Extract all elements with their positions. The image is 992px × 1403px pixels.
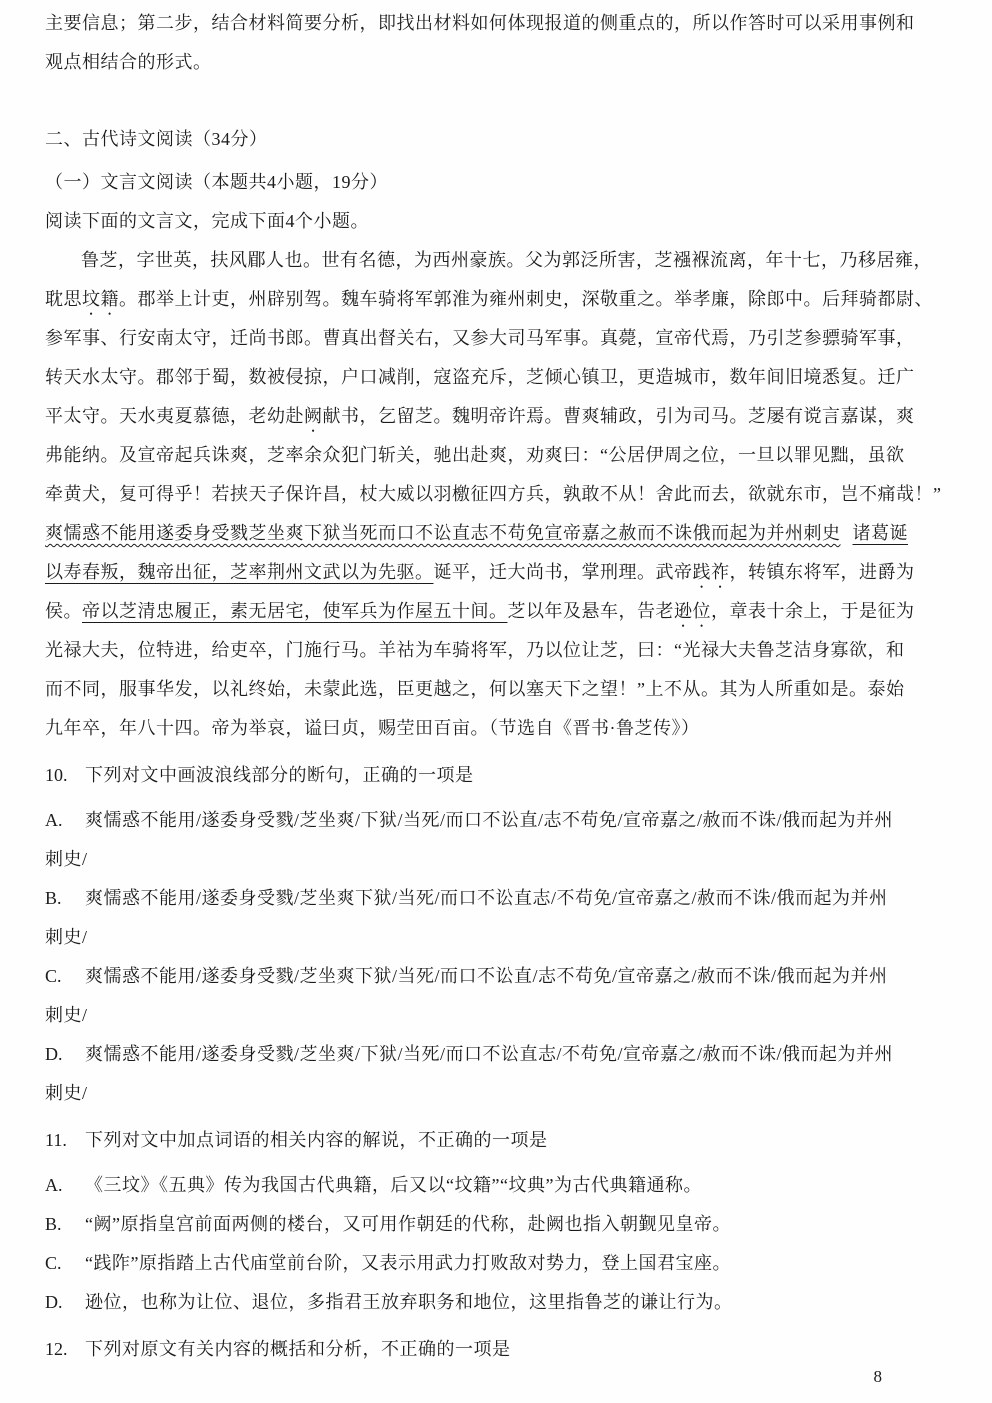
text-segment: 牵黄犬，复可得乎！若挟天子保许昌，杖大威以羽檄征四方兵，孰敢不从！舍此而去，欲就… <box>45 484 941 504</box>
item-label: D. <box>45 1283 85 1322</box>
text-segment: 鲁芝，字世英，扶风郿人也。世有名德，为西州豪族。父为郭泛所害，芝襁褓流离，年十七… <box>81 250 932 270</box>
text-line: 刺史/ <box>45 840 952 879</box>
text-segment: 践祚 <box>693 562 730 582</box>
text-line: 参军事、行安南太守，迁尚书郎。曹真出督关右，又参大司马军事。真薨，宣帝代焉，乃引… <box>45 319 952 358</box>
text-segment: 观点相结合的形式。 <box>45 52 212 72</box>
text-segment: 帝以芝清忠履正，素无居宅，使军兵为作屋五十间。 <box>82 601 508 621</box>
text-segment: 平太守。天水夷夏慕德，老幼赴 <box>45 406 304 426</box>
text-segment: （一）文言文阅读（本题共4小题，19分） <box>45 172 388 192</box>
document-page: 主要信息；第二步，结合材料简要分析，即找出材料如何体现报道的侧重点的，所以作答时… <box>0 0 992 1403</box>
text-line: 二、古代诗文阅读（34分） <box>45 120 952 159</box>
text-line: 观点相结合的形式。 <box>45 43 952 82</box>
text-segment: 而不同，服事华发，以礼终始，未蒙此选，臣更越之，何以塞天下之望！”上不从。其为人… <box>45 679 904 699</box>
text-segment: 下列对文中加点词语的相关内容的解说，不正确的一项是 <box>85 1130 548 1150</box>
item-label: 12. <box>45 1330 85 1369</box>
text-segment: 坟籍 <box>82 289 119 309</box>
text-segment: 芝以年及悬车，告老 <box>508 601 675 621</box>
text-line: 牵黄犬，复可得乎！若挟天子保许昌，杖大威以羽檄征四方兵，孰敢不从！舍此而去，欲就… <box>45 475 952 514</box>
item-label: B. <box>45 879 85 918</box>
text-segment: 诞平，迁大尚书，掌刑理。武帝 <box>434 562 693 582</box>
text-line: 阅读下面的文言文，完成下面4个小题。 <box>45 202 952 241</box>
text-line: B.“阙”原指皇宫前面两侧的楼台，又可用作朝廷的代称，赴阙也指入朝觐见皇帝。 <box>45 1205 952 1244</box>
text-segment: 阙 <box>304 406 323 426</box>
text-line: 转天水太守。郡邻于蜀，数被侵掠，户口减削，寇盗充斥，芝倾心镇卫，更造城市，数年间… <box>45 358 952 397</box>
text-line: 鲁芝，字世英，扶风郿人也。世有名德，为西州豪族。父为郭泛所害，芝襁褓流离，年十七… <box>45 241 952 280</box>
text-line: 侯。帝以芝清忠履正，素无居宅，使军兵为作屋五十间。芝以年及悬车，告老逊位，章表十… <box>45 592 952 631</box>
item-label: D. <box>45 1035 85 1074</box>
text-segment: 二、古代诗文阅读（34分） <box>45 129 268 149</box>
text-line: 12.下列对原文有关内容的概括和分析，不正确的一项是 <box>45 1330 952 1369</box>
text-segment: 刺史/ <box>45 927 88 947</box>
item-label: 10. <box>45 756 85 795</box>
text-line: 爽懦惑不能用遂委身受戮芝坐爽下狱当死而口不讼直志不苟免宣帝嘉之赦而不诛俄而起为并… <box>45 514 952 553</box>
text-segment: 阅读下面的文言文，完成下面4个小题。 <box>45 211 369 231</box>
text-segment: 爽懦惑不能用遂委身受戮芝坐爽下狱当死而口不讼直志不苟免宣帝嘉之赦而不诛俄而起为并… <box>45 523 841 543</box>
text-line: 以寿春叛，魏帝出征，芝率荆州文武以为先驱。诞平，迁大尚书，掌刑理。武帝践祚，转镇… <box>45 553 952 592</box>
text-line: D.逊位，也称为让位、退位，多指君王放弃职务和地位，这里指鲁芝的谦让行为。 <box>45 1283 952 1322</box>
item-label: B. <box>45 1205 85 1244</box>
text-line: 11.下列对文中加点词语的相关内容的解说，不正确的一项是 <box>45 1121 952 1160</box>
text-segment: 下列对文中画波浪线部分的断句，正确的一项是 <box>85 765 474 785</box>
text-line: 耽思坟籍。郡举上计吏，州辟别驾。魏车骑将军郭淮为雍州刺史，深敬重之。举孝廉，除郎… <box>45 280 952 319</box>
text-segment: 刺史/ <box>45 849 88 869</box>
text-segment: 诸葛诞 <box>853 523 909 543</box>
text-line: C.“践阼”原指踏上古代庙堂前台阶，又表示用武力打败敌对势力，登上国君宝座。 <box>45 1244 952 1283</box>
document-body: 主要信息；第二步，结合材料简要分析，即找出材料如何体现报道的侧重点的，所以作答时… <box>0 0 992 1369</box>
text-segment: 转天水太守。郡邻于蜀，数被侵掠，户口减削，寇盗充斥，芝倾心镇卫，更造城市，数年间… <box>45 367 915 387</box>
text-segment: 爽懦惑不能用/遂委身受戮/芝坐爽下狱/当死/而口不讼直志/不苟免/宣帝嘉之/赦而… <box>85 888 888 908</box>
text-line: A.《三坟》《五典》传为我国古代典籍，后又以“坟籍”“坟典”为古代典籍通称。 <box>45 1166 952 1205</box>
text-line: 刺史/ <box>45 996 952 1035</box>
item-label: 11. <box>45 1121 85 1160</box>
text-segment: 参军事、行安南太守，迁尚书郎。曹真出督关右，又参大司马军事。真薨，宣帝代焉，乃引… <box>45 328 915 348</box>
page-number: 8 <box>874 1367 883 1387</box>
item-label: A. <box>45 801 85 840</box>
text-line: C.爽懦惑不能用/遂委身受戮/芝坐爽下狱/当死/而口不讼直/志不苟免/宣帝嘉之/… <box>45 957 952 996</box>
text-segment: ，转镇东将军，进爵为 <box>730 562 915 582</box>
text-segment: 主要信息；第二步，结合材料简要分析，即找出材料如何体现报道的侧重点的，所以作答时… <box>45 13 915 33</box>
text-segment: 光禄大夫，位特进，给吏卒，门施行马。羊祜为车骑将军，乃以位让芝，曰：“光禄大夫鲁… <box>45 640 904 660</box>
text-line: 平太守。天水夷夏慕德，老幼赴阙献书，乞留芝。魏明帝许焉。曹爽辅政，引为司马。芝屡… <box>45 397 952 436</box>
text-line: 刺史/ <box>45 1074 952 1113</box>
text-segment: “阙”原指皇宫前面两侧的楼台，又可用作朝廷的代称，赴阙也指入朝觐见皇帝。 <box>85 1214 731 1234</box>
text-line: 刺史/ <box>45 918 952 957</box>
text-segment: 爽懦惑不能用/遂委身受戮/芝坐爽/下狱/当死/而口不讼直志/不苟免/宣帝嘉之/赦… <box>85 1044 893 1064</box>
text-segment: 逊位，也称为让位、退位，多指君王放弃职务和地位，这里指鲁芝的谦让行为。 <box>85 1292 733 1312</box>
text-line: 主要信息；第二步，结合材料简要分析，即找出材料如何体现报道的侧重点的，所以作答时… <box>45 4 952 43</box>
text-segment: 刺史/ <box>45 1005 88 1025</box>
text-line: 而不同，服事华发，以礼终始，未蒙此选，臣更越之，何以塞天下之望！”上不从。其为人… <box>45 670 952 709</box>
text-segment: 耽思 <box>45 289 82 309</box>
text-segment: ，章表十余上，于是征为 <box>711 601 915 621</box>
text-segment: 下列对原文有关内容的概括和分析，不正确的一项是 <box>85 1339 511 1359</box>
text-line: D.爽懦惑不能用/遂委身受戮/芝坐爽/下狱/当死/而口不讼直志/不苟免/宣帝嘉之… <box>45 1035 952 1074</box>
text-line: 光禄大夫，位特进，给吏卒，门施行马。羊祜为车骑将军，乃以位让芝，曰：“光禄大夫鲁… <box>45 631 952 670</box>
text-line: A.爽懦惑不能用/遂委身受戮/芝坐爽/下狱/当死/而口不讼直/志不苟免/宣帝嘉之… <box>45 801 952 840</box>
text-segment: 献书，乞留芝。魏明帝许焉。曹爽辅政，引为司马。芝屡有谠言嘉谋，爽 <box>323 406 915 426</box>
text-segment: 爽懦惑不能用/遂委身受戮/芝坐爽/下狱/当死/而口不讼直/志不苟免/宣帝嘉之/赦… <box>85 810 893 830</box>
item-label: A. <box>45 1166 85 1205</box>
text-segment: 弗能纳。及宣帝起兵诛爽，芝率余众犯门斩关，驰出赴爽，劝爽曰：“公居伊周之位，一旦… <box>45 445 904 465</box>
text-line: B.爽懦惑不能用/遂委身受戮/芝坐爽下狱/当死/而口不讼直志/不苟免/宣帝嘉之/… <box>45 879 952 918</box>
text-segment: 逊位 <box>674 601 711 621</box>
text-segment: 九年卒，年八十四。帝为举哀，谥曰贞，赐茔田百亩。（节选自《晋书·鲁芝传》） <box>45 718 700 738</box>
text-segment: 。郡举上计吏，州辟别驾。魏车骑将军郭淮为雍州刺史，深敬重之。举孝廉，除郎中。后拜… <box>119 289 933 309</box>
text-segment: 以寿春叛，魏帝出征，芝率荆州文武以为先驱。 <box>45 562 434 582</box>
text-segment: 《三坟》《五典》传为我国古代典籍，后又以“坟籍”“坟典”为古代典籍通称。 <box>85 1175 702 1195</box>
item-label: C. <box>45 1244 85 1283</box>
text-segment: “践阼”原指踏上古代庙堂前台阶，又表示用武力打败敌对势力，登上国君宝座。 <box>85 1253 731 1273</box>
text-line: 弗能纳。及宣帝起兵诛爽，芝率余众犯门斩关，驰出赴爽，劝爽曰：“公居伊周之位，一旦… <box>45 436 952 475</box>
text-segment: 爽懦惑不能用/遂委身受戮/芝坐爽下狱/当死/而口不讼直/志不苟免/宣帝嘉之/赦而… <box>85 966 888 986</box>
text-line: 九年卒，年八十四。帝为举哀，谥曰贞，赐茔田百亩。（节选自《晋书·鲁芝传》） <box>45 709 952 748</box>
text-segment: 刺史/ <box>45 1083 88 1103</box>
text-line: （一）文言文阅读（本题共4小题，19分） <box>45 163 952 202</box>
text-line: 10.下列对文中画波浪线部分的断句，正确的一项是 <box>45 756 952 795</box>
text-segment: 侯。 <box>45 601 82 621</box>
item-label: C. <box>45 957 85 996</box>
